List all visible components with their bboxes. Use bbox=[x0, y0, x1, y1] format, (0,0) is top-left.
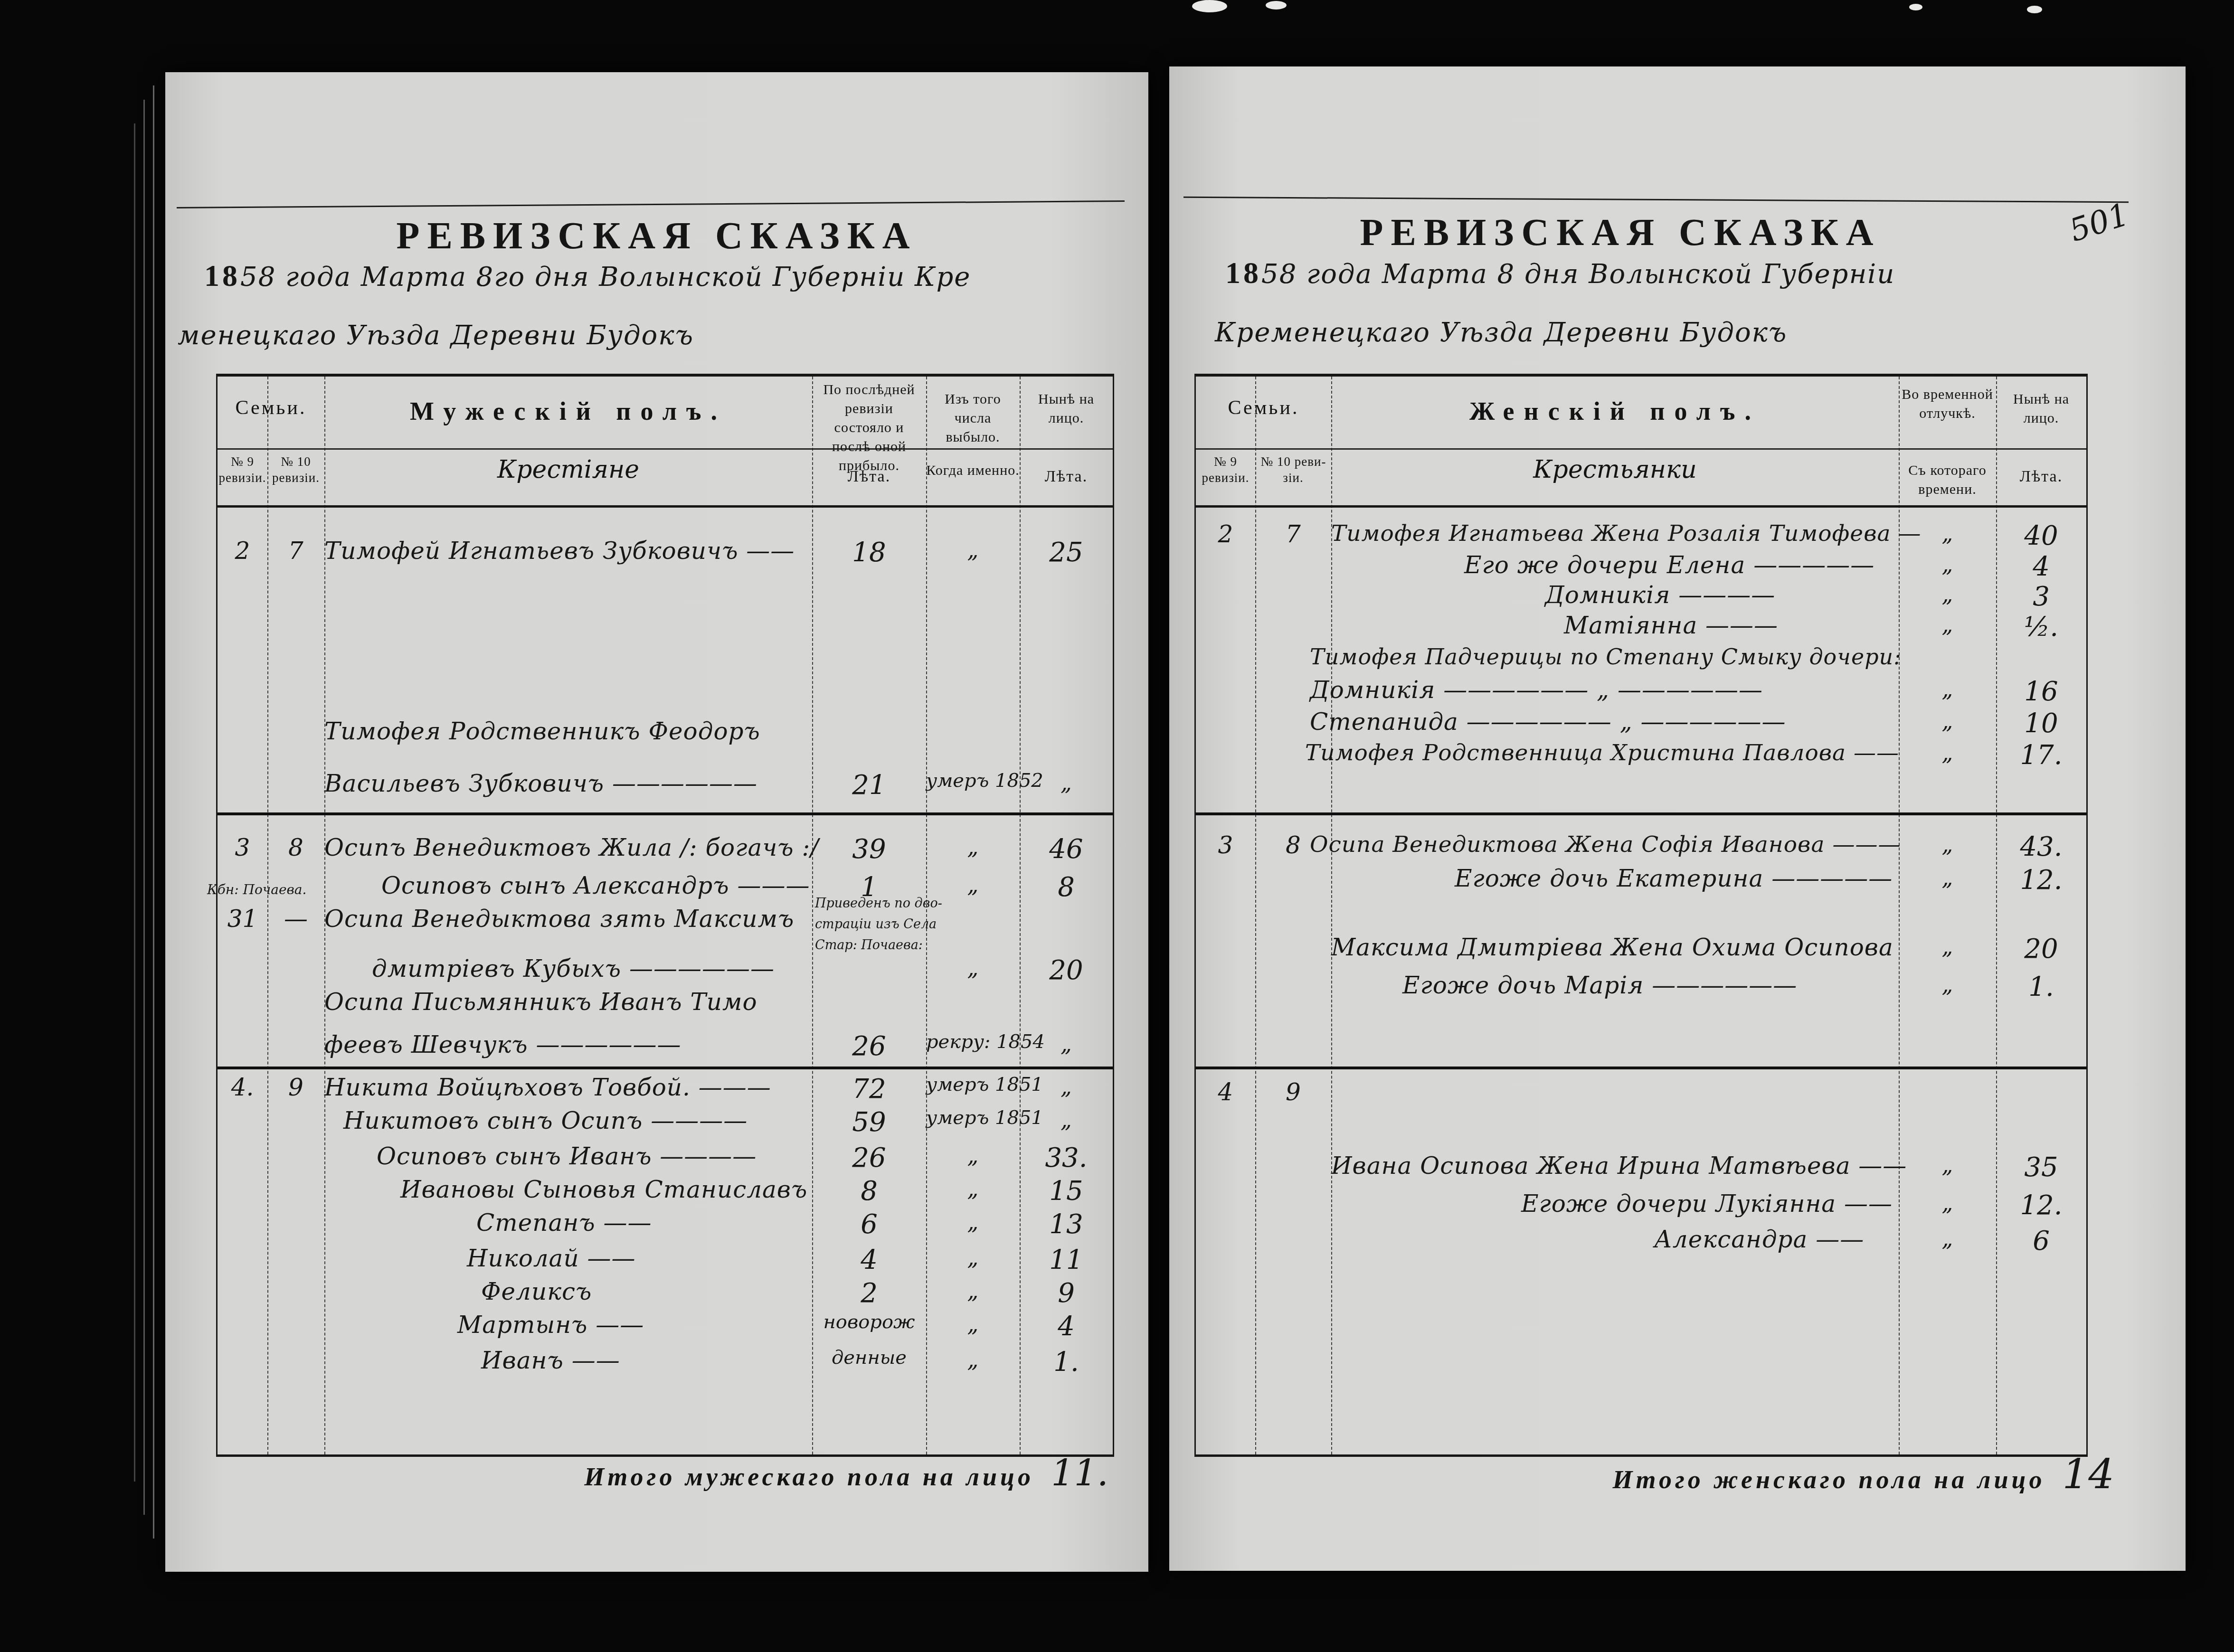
cell-now: „ bbox=[1020, 1074, 1113, 1099]
family-divider bbox=[218, 812, 1113, 815]
table-row: Степанъ —— 6 „ 13 bbox=[218, 1209, 1113, 1249]
cell-when: „ bbox=[926, 1311, 1020, 1337]
cell-when: „ bbox=[926, 1245, 1020, 1270]
cell-rev10-number: 9 bbox=[1255, 1078, 1331, 1106]
header-rev10: № 10 реви­зіи. bbox=[1256, 453, 1330, 486]
table-row: Егоже дочь Марія —————— „ 1. bbox=[1196, 972, 2086, 1011]
header-family: Семьи. bbox=[218, 396, 324, 419]
cell-name: Тимофея Родственница Христина Павлова —— bbox=[1305, 740, 1899, 766]
cell-now: 4 bbox=[1996, 551, 2086, 582]
cell-when: „ bbox=[926, 955, 1020, 981]
cell-when: „ bbox=[1899, 740, 1996, 765]
cell-when: „ bbox=[1899, 934, 1996, 959]
total-male-line: Итого мужескаго пола на лицо 11. bbox=[584, 1452, 1108, 1494]
cell-when: „ bbox=[1899, 581, 1996, 607]
cell-now: 1. bbox=[1020, 1347, 1113, 1378]
cell-when: „ bbox=[926, 1278, 1020, 1303]
cell-age: 6 bbox=[812, 1209, 926, 1240]
cell-age: 21 bbox=[812, 770, 926, 801]
cell-now: 15 bbox=[1020, 1176, 1113, 1207]
cell-rev10-number: — bbox=[267, 905, 324, 933]
page-edge-strip bbox=[153, 85, 154, 1539]
cell-when: „ bbox=[1899, 865, 1996, 890]
date-script: 58 года Марта 8го дня Волынской Губерніи… bbox=[240, 262, 971, 293]
cell-name: Осипа Венедыктова зять Максимъ bbox=[324, 905, 812, 933]
cell-now: 16 bbox=[1996, 676, 2086, 707]
header-since-when: Съ котораго времени. bbox=[1899, 461, 1996, 499]
cell-now: 3 bbox=[1996, 581, 2086, 612]
total-female-line: Итого женскаго пола на лицо 14 bbox=[1613, 1451, 2114, 1498]
cell-now: 1. bbox=[1996, 972, 2086, 1002]
cell-when: „ bbox=[1899, 520, 1996, 546]
header-gender-female: Женскій полъ. bbox=[1331, 396, 1899, 426]
cell-now: 10 bbox=[1996, 708, 2086, 739]
cell-when: умеръ 1851 bbox=[926, 1107, 1020, 1129]
cell-age: новорож bbox=[812, 1311, 926, 1333]
cell-age: 39 bbox=[812, 834, 926, 865]
header-away: Во временной отлучкѣ. bbox=[1902, 385, 1993, 423]
ruled-line bbox=[177, 200, 1125, 208]
cell-now: 40 bbox=[1996, 520, 2086, 551]
cell-name: Ивана Осипова Жена Ирина Матвѣева —— bbox=[1331, 1152, 1899, 1180]
cell-name: дмитріевъ Кубыхъ —————— bbox=[324, 955, 860, 982]
header-rev9: № 9 реви­зіи. bbox=[218, 453, 266, 486]
cell-now: 12. bbox=[1996, 865, 2086, 896]
cell-name: Осипа Венедиктова Жена Софія Иванова ——— bbox=[1310, 831, 1899, 858]
table-row: феевъ Шевчукъ —————— 26 рекру: 1854 „ bbox=[218, 1031, 1113, 1071]
cell-now: 13 bbox=[1020, 1209, 1113, 1240]
cell-age: 4 bbox=[812, 1245, 926, 1275]
table-row: Васильевъ Зубковичъ —————— 21 умеръ 1852… bbox=[218, 770, 1113, 810]
cell-rev9-number: 2 bbox=[218, 537, 267, 565]
cell-now: ½. bbox=[1996, 612, 2086, 642]
total-female-value: 14 bbox=[2063, 1451, 2114, 1498]
cell-when: „ bbox=[926, 834, 1020, 859]
header-bottom-rule bbox=[1196, 505, 2086, 508]
cell-rev10-number: 7 bbox=[267, 537, 324, 565]
cell-now: 33. bbox=[1020, 1142, 1113, 1173]
table-row: 4 9 bbox=[1196, 1078, 2086, 1118]
scan-artifact bbox=[1192, 0, 1227, 12]
header-years-1: Лѣта. bbox=[812, 468, 926, 486]
family-divider bbox=[1196, 812, 2086, 815]
cell-now: 25 bbox=[1020, 537, 1113, 568]
header-rev9: № 9 реви­зіи. bbox=[1197, 453, 1254, 486]
cell-name: Тимофея Родственникъ Феодоръ bbox=[324, 717, 812, 745]
cell-age: 18 bbox=[812, 537, 926, 568]
cell-rev10-number: 7 bbox=[1255, 520, 1331, 548]
cell-age: денные bbox=[812, 1347, 926, 1369]
header-divider bbox=[218, 448, 1113, 450]
cell-when: „ bbox=[1899, 551, 1996, 577]
cell-name: Осипа Письмянникъ Иванъ Тимо bbox=[324, 988, 812, 1016]
header-divider bbox=[1196, 448, 2086, 450]
cell-now: 20 bbox=[1020, 955, 1113, 986]
cell-when: „ bbox=[1899, 1152, 1996, 1178]
printed-year-prefix: 18 bbox=[1225, 256, 1261, 290]
table-row: Тимофея Родственникъ Феодоръ bbox=[218, 717, 1113, 757]
cell-when: „ bbox=[1899, 831, 1996, 857]
cell-when: „ bbox=[926, 1347, 1020, 1372]
cell-name: Никита Войцѣховъ Товбой. ——— bbox=[324, 1074, 812, 1101]
cell-name: Васильевъ Зубковичъ —————— bbox=[324, 770, 812, 797]
cell-now: 46 bbox=[1020, 834, 1113, 865]
date-script: 58 года Марта 8 дня Волынской Губерніи bbox=[1261, 259, 1895, 290]
cell-name: Осиповъ сынъ Александръ ——— bbox=[324, 872, 869, 899]
header-bottom-rule bbox=[218, 505, 1113, 508]
left-page: РЕВИЗСКАЯ СКАЗКА 1858 года Марта 8го дня… bbox=[165, 72, 1148, 1572]
cell-when: „ bbox=[926, 537, 1020, 563]
cell-now: 11 bbox=[1020, 1245, 1113, 1275]
header-last-revision: По послѣдней ревизіи состояло и послѣ он… bbox=[815, 380, 923, 475]
cell-age: 8 bbox=[812, 1176, 926, 1207]
cell-now: 8 bbox=[1020, 872, 1113, 903]
table-row: 31 — Осипа Венедыктова зять Максимъ bbox=[218, 905, 1113, 945]
cell-rev10-number: 9 bbox=[267, 1074, 324, 1101]
total-male-label: Итого мужескаго пола на лицо bbox=[584, 1462, 1034, 1492]
cell-now: „ bbox=[1020, 1107, 1113, 1133]
printed-year-prefix: 18 bbox=[204, 259, 240, 293]
header-peasants-script: Крестьянки bbox=[1331, 455, 1899, 484]
cell-name: Александра —— bbox=[1331, 1226, 2222, 1253]
cell-now: „ bbox=[1020, 1031, 1113, 1057]
census-table-female: Семьи. Женскій полъ. Во временной отлучк… bbox=[1194, 374, 2088, 1457]
cell-when: „ bbox=[1899, 612, 1996, 637]
cell-name: Степанида —————— „ —————— bbox=[1310, 708, 1899, 736]
header-rev10: № 10 реви­зіи. bbox=[268, 453, 323, 486]
cell-rev9-number: 4. bbox=[218, 1074, 267, 1101]
cell-when: „ bbox=[926, 1142, 1020, 1168]
header-peasants-script: Крестіяне bbox=[324, 455, 812, 484]
cell-now: „ bbox=[1020, 770, 1113, 795]
scan-artifact bbox=[1266, 1, 1287, 9]
table-row: 2 7 Тимофей Игнатьевъ Зубковичъ —— 18 „ … bbox=[218, 537, 1113, 577]
cell-when: умеръ 1851 bbox=[926, 1074, 1020, 1095]
date-line-2: Кременецкаго Уѣзда Деревни Будокъ bbox=[1215, 317, 1787, 348]
ruled-line bbox=[1183, 197, 2129, 203]
header-gender-male: Мужескій полъ. bbox=[324, 396, 812, 426]
census-table-male: Семьи. Мужескій полъ. По послѣдней ревиз… bbox=[216, 374, 1114, 1457]
cell-name: Егоже дочь Марія —————— bbox=[1331, 972, 1970, 999]
cell-name: Никитовъ сынъ Осипъ ———— bbox=[324, 1107, 831, 1134]
scan-artifact bbox=[2027, 6, 2042, 13]
cell-age: 26 bbox=[812, 1031, 926, 1062]
cell-when: „ bbox=[1899, 676, 1996, 702]
total-female-label: Итого женскаго пола на лицо bbox=[1613, 1465, 2045, 1494]
date-line-2: менецкаго Уѣзда Деревни Будокъ bbox=[178, 320, 694, 351]
table-row: 3 8 Осипъ Венедиктовъ Жила /: богачъ :/ … bbox=[218, 834, 1113, 874]
page-title: РЕВИЗСКАЯ СКАЗКА bbox=[1112, 211, 2129, 255]
table-row: Егоже дочь Екатерина ————— „ 12. bbox=[1196, 865, 2086, 905]
cell-when: „ bbox=[1899, 1226, 1996, 1251]
family-divider bbox=[1196, 1067, 2086, 1069]
right-page: РЕВИЗСКАЯ СКАЗКА 501 1858 года Марта 8 д… bbox=[1169, 66, 2186, 1571]
table-row: Никитовъ сынъ Осипъ ———— 59 умеръ 1851 „ bbox=[218, 1107, 1113, 1147]
cell-rev9-number: 4 bbox=[1196, 1078, 1255, 1106]
table-row: Ивана Осипова Жена Ирина Матвѣева —— „ 3… bbox=[1196, 1152, 2086, 1192]
cell-now: 35 bbox=[1996, 1152, 2086, 1183]
cell-now: 20 bbox=[1996, 934, 2086, 964]
date-line-1: 1858 года Марта 8го дня Волынской Губерн… bbox=[204, 258, 971, 293]
cell-age: 26 bbox=[812, 1142, 926, 1173]
cell-name: Максима Дмитріева Жена Охима Осипова bbox=[1331, 934, 1899, 961]
cell-name: Тимофея Падчерицы по Степану Смыку дочер… bbox=[1310, 644, 1975, 670]
table-row: Иванъ —— денные „ 1. bbox=[218, 1347, 1113, 1387]
cell-when: „ bbox=[1899, 972, 1996, 997]
header-family: Семьи. bbox=[1196, 396, 1331, 419]
cell-rev9-number: 3 bbox=[218, 834, 267, 861]
date-line-1: 1858 года Марта 8 дня Волынской Губерніи bbox=[1225, 255, 1895, 291]
cell-when: „ bbox=[1899, 708, 1996, 734]
header-now-present: Нынѣ на лицо. bbox=[1022, 390, 1111, 428]
header-years-2: Лѣта. bbox=[1020, 468, 1113, 486]
total-male-value: 11. bbox=[1051, 1452, 1108, 1494]
cell-now: 6 bbox=[1996, 1226, 2086, 1256]
cell-name: Ивановы Сыновья Станиславъ bbox=[324, 1176, 888, 1203]
cell-rev9-number: 2 bbox=[1196, 520, 1255, 548]
cell-name: Домникія —————— „ —————— bbox=[1310, 676, 1899, 704]
table-row: Егоже дочери Лукіянна —— „ 12. bbox=[1196, 1190, 2086, 1230]
cell-now: 43. bbox=[1996, 831, 2086, 862]
cell-when: „ bbox=[1899, 1190, 1996, 1216]
cell-age: 72 bbox=[812, 1074, 926, 1104]
page-title: РЕВИЗСКАЯ СКАЗКА bbox=[165, 215, 1148, 258]
cell-when: „ bbox=[926, 872, 1020, 897]
header-departed: Изъ того числа выбыло. bbox=[929, 390, 1017, 447]
cell-rev10-number: 8 bbox=[267, 834, 324, 861]
cell-name: Осипъ Венедиктовъ Жила /: богачъ :/ bbox=[324, 834, 812, 861]
header-years: Лѣта. bbox=[1996, 468, 2086, 486]
cell-when: „ bbox=[926, 1209, 1020, 1235]
page-edge-strip bbox=[134, 123, 135, 1482]
table-row: Мартынъ —— новорож „ 4 bbox=[218, 1311, 1113, 1351]
table-row: Максима Дмитріева Жена Охима Осипова „ 2… bbox=[1196, 934, 2086, 973]
cell-now: 9 bbox=[1020, 1278, 1113, 1309]
cell-when: умеръ 1852 bbox=[926, 770, 1020, 792]
header-when-exactly: Когда именно. bbox=[926, 461, 1020, 480]
scan-background: РЕВИЗСКАЯ СКАЗКА 1858 года Марта 8го дня… bbox=[0, 0, 2234, 1652]
cell-name: Тимофей Игнатьевъ Зубковичъ —— bbox=[324, 537, 812, 565]
cell-rev9-number: 3 bbox=[1196, 831, 1255, 859]
cell-name: феевъ Шевчукъ —————— bbox=[324, 1031, 812, 1058]
cell-rev9-number: 31 bbox=[218, 905, 267, 933]
cell-age: 1 bbox=[812, 872, 926, 903]
cell-age: 2 bbox=[812, 1278, 926, 1309]
cell-name: Тимофея Игнатьева Жена Розалія Тимофева … bbox=[1331, 520, 1899, 547]
cell-when: „ bbox=[926, 1176, 1020, 1201]
cell-age: 59 bbox=[812, 1107, 926, 1138]
table-row: Тимофея Родственница Христина Павлова ——… bbox=[1196, 740, 2086, 780]
page-edge-strip bbox=[143, 100, 145, 1515]
table-row: Александра —— „ 6 bbox=[1196, 1226, 2086, 1265]
cell-now: 17. bbox=[1996, 740, 2086, 771]
cell-now: 12. bbox=[1996, 1190, 2086, 1221]
scan-artifact bbox=[1909, 4, 1922, 10]
cell-name: Осиповъ сынъ Иванъ ———— bbox=[324, 1142, 864, 1170]
cell-when: рекру: 1854 bbox=[926, 1031, 1020, 1053]
cell-now: 4 bbox=[1020, 1311, 1113, 1342]
header-now-present: Нынѣ на лицо. bbox=[1998, 390, 2084, 428]
table-row: Осипа Письмянникъ Иванъ Тимо bbox=[218, 988, 1113, 1028]
